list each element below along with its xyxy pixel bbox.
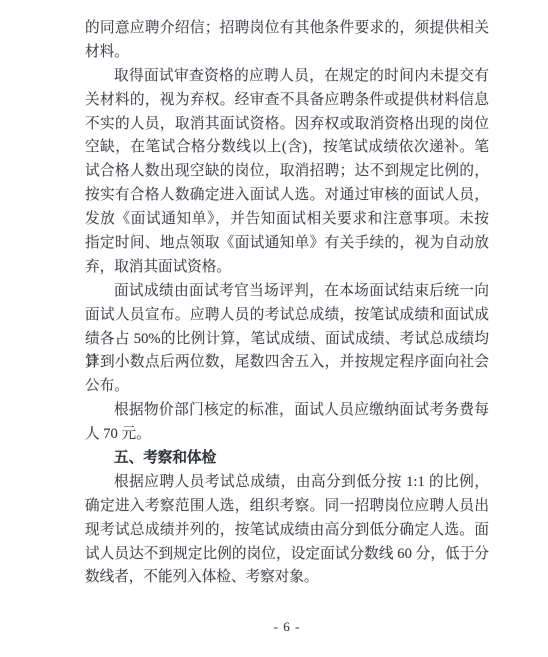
text-line: 面试人员宣布。应聘人员的考试总成绩，按笔试成绩和面试成 bbox=[85, 304, 489, 328]
text-line: 人 70 元。 bbox=[85, 423, 489, 447]
text-line: 现考试总成绩并列的，按笔试成绩由高分到低分确定人选。面 bbox=[85, 519, 489, 543]
document-body: 的同意应聘介绍信；招聘岗位有其他条件要求的，须提供相关材料。取得面试审查资格的应… bbox=[85, 17, 489, 639]
text-line: 取得面试审查资格的应聘人员，在规定的时间内未提交有 bbox=[85, 65, 489, 89]
text-line: 试合格人数出现空缺的岗位，取消招聘；达不到规定比例的， bbox=[85, 160, 489, 184]
text-line: 公布。 bbox=[85, 375, 489, 399]
section-heading: 五、考察和体检 bbox=[85, 447, 489, 471]
text-line: 按实有合格人数确定进入面试人选。对通过审核的面试人员， bbox=[85, 184, 489, 208]
text-line: 根据应聘人员考试总成绩，由高分到低分按 1:1 的比例， bbox=[85, 471, 489, 495]
text-line: 关材料的，视为弃权。经审查不具备应聘条件或提供材料信息 bbox=[85, 89, 489, 113]
page-number: - 6 - bbox=[85, 615, 489, 639]
text-line: 确定进入考察范围人选，组织考察。同一招聘岗位应聘人员出 bbox=[85, 495, 489, 519]
text-line: 指定时间、地点领取《面试通知单》有关手续的，视为自动放 bbox=[85, 232, 489, 256]
text-line: 发放《面试通知单》，并告知面试相关要求和注意事项。未按 bbox=[85, 208, 489, 232]
text-line: 弃，取消其面试资格。 bbox=[85, 256, 489, 280]
text-line: 绩各占 50%的比例计算，笔试成绩、面试成绩、考试总成绩均计 bbox=[85, 328, 489, 352]
text-line: 数线者，不能列入体检、考察对象。 bbox=[85, 566, 489, 590]
text-line: 算到小数点后两位数，尾数四舍五入，并按规定程序面向社会 bbox=[85, 351, 489, 375]
text-line: 空缺，在笔试合格分数线以上(含)，按笔试成绩依次递补。笔 bbox=[85, 136, 489, 160]
text-line: 根据物价部门核定的标准，面试人员应缴纳面试考务费每 bbox=[85, 399, 489, 423]
text-line: 不实的人员，取消其面试资格。因弃权或取消资格出现的岗位 bbox=[85, 113, 489, 137]
document-page: 的同意应聘介绍信；招聘岗位有其他条件要求的，须提供相关材料。取得面试审查资格的应… bbox=[0, 0, 548, 657]
text-line: 试人员达不到规定比例的岗位，设定面试分数线 60 分，低于分 bbox=[85, 543, 489, 567]
text-line: 材料。 bbox=[85, 41, 489, 65]
text-line: 面试成绩由面试考官当场评判，在本场面试结束后统一向 bbox=[85, 280, 489, 304]
text-line: 的同意应聘介绍信；招聘岗位有其他条件要求的，须提供相关 bbox=[85, 17, 489, 41]
